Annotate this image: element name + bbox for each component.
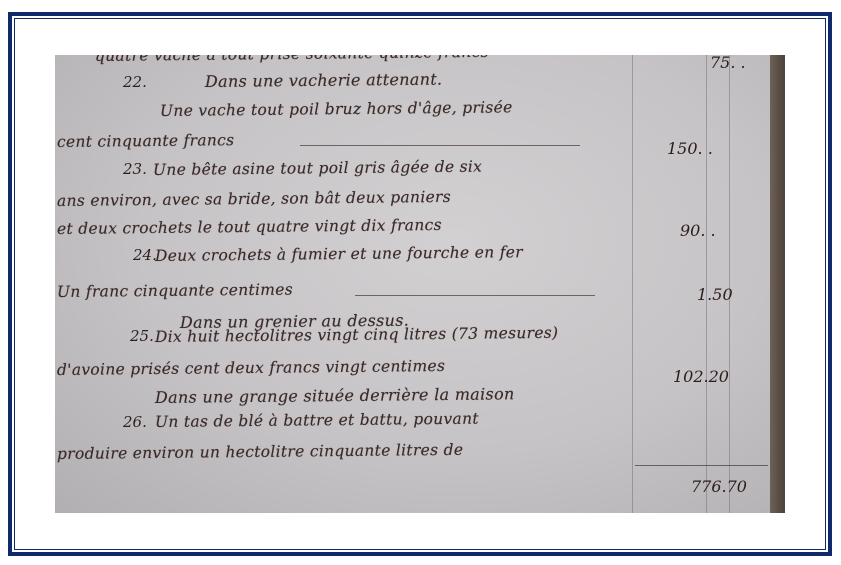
amount-value: 102.20 (673, 367, 729, 386)
manuscript-line: cent cinquante francs (57, 131, 235, 151)
manuscript-line: Une vache tout poil bruz hors d'âge, pri… (160, 98, 513, 120)
section-heading: Dans une grange située derrière la maiso… (155, 384, 515, 407)
ruled-column-line (706, 55, 707, 513)
ruled-column-line (632, 55, 633, 513)
page-edge-shadow (770, 55, 785, 513)
item-number: 23. (123, 160, 147, 178)
line-fill-stroke (300, 145, 580, 146)
manuscript-line: produire environ un hectolitre cinquante… (57, 441, 463, 463)
amount-value: 90. . (680, 221, 716, 240)
item-number: 26. (123, 413, 147, 431)
item-number: 24. (133, 246, 157, 264)
manuscript-photo: 22. 23. 24. 25. 26. quatre vache à tout … (55, 55, 785, 513)
manuscript-line: Deux crochets à fumier et une fourche en… (155, 243, 523, 265)
line-fill-stroke (355, 295, 595, 296)
ruled-column-line (729, 55, 730, 513)
total-amount: 776.70 (691, 477, 747, 496)
amount-value: 1.50 (697, 285, 733, 304)
amount-value: 75. . (710, 55, 746, 72)
manuscript-line: ans environ, avec sa bride, son bât deux… (57, 188, 451, 210)
manuscript-line: Une bête asine tout poil gris âgée de si… (153, 158, 482, 179)
manuscript-line: Un franc cinquante centimes (57, 281, 293, 301)
manuscript-line: d'avoine prisés cent deux francs vingt c… (57, 357, 445, 379)
manuscript-line: et deux crochets le tout quatre vingt di… (57, 216, 442, 238)
manuscript-line: Un tas de blé à battre et battu, pouvant (155, 410, 479, 431)
item-number: 22. (123, 73, 147, 91)
manuscript-line: quatre vache à tout prisé soixante quinz… (95, 55, 489, 65)
item-number: 25. (130, 327, 154, 345)
total-rule (635, 465, 768, 466)
manuscript-line: Dix huit hectolitres vingt cinq litres (… (155, 324, 559, 346)
section-heading: Dans une vacherie attenant. (205, 70, 443, 91)
amount-value: 150. . (667, 139, 713, 158)
